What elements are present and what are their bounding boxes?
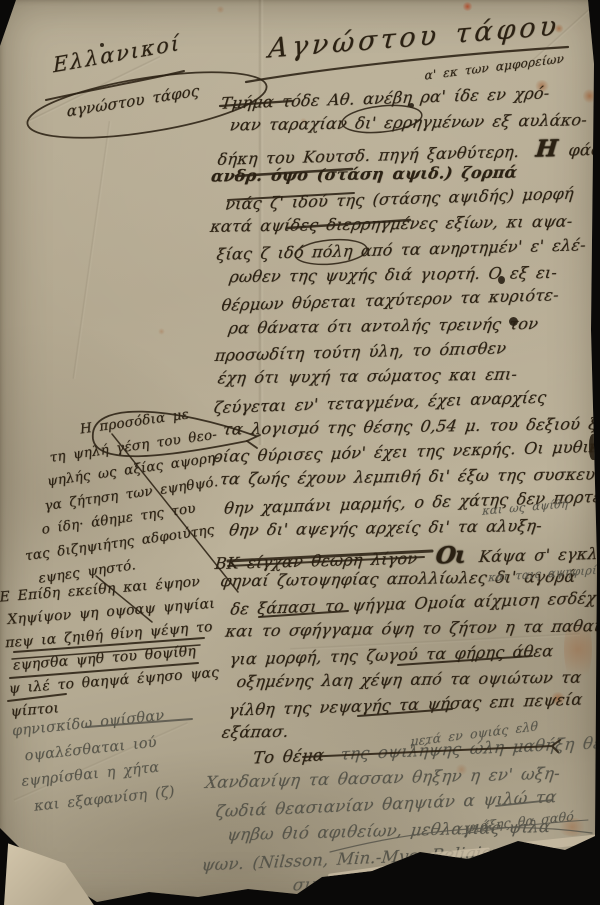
corner-circled-note: αγνώστου τάφος <box>67 81 200 120</box>
crease-line <box>72 121 112 379</box>
margin-note-block-1: Η προσόδια με τη ψηλή γέση του θεο- ψηλή… <box>4 397 275 595</box>
stain <box>216 6 225 13</box>
title-interline-note: α' εκ των αμφορείων <box>424 51 564 82</box>
paper-sheet: Ελλανικοί αγνώστου τάφος Αγνώστου τάφου … <box>0 0 600 905</box>
manuscript-photo: Ελλανικοί αγνώστου τάφος Αγνώστου τάφου … <box>0 0 600 905</box>
footer-lead-dark: Το θέμα <box>252 745 325 767</box>
footer-pencil-block: Το θέμα της οψιλήψης ώλη μαθήξη θεταψλίς… <box>197 735 598 905</box>
heavy-correction-oi: Οι <box>434 542 466 570</box>
stain <box>158 328 165 335</box>
page-number-text: σιγ 308 ε. ες ς <box>292 872 431 895</box>
kunde-text: Kunde. <box>446 869 515 890</box>
strikethrough-mark <box>444 875 484 880</box>
heavy-correction-eta: Η <box>534 134 557 162</box>
main-text-block: Τμήμα τόδε Αθ. ανέβη ρα' ίδε εν χρό- ναν… <box>205 84 600 750</box>
body-line-text: φάση- <box>568 139 600 159</box>
corner-title: Ελλανικοί <box>53 31 182 78</box>
stain <box>462 2 473 11</box>
